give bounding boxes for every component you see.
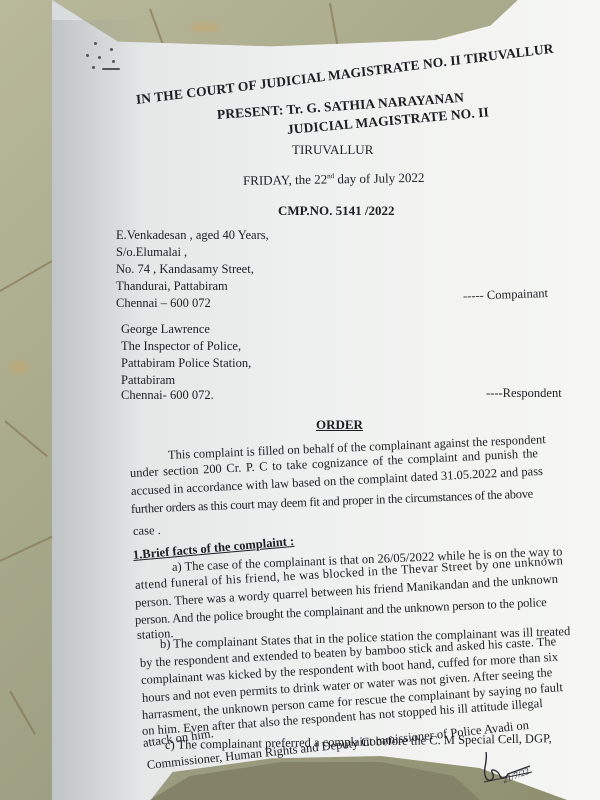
complainant-line: No. 74 , Kandasamy Street, bbox=[116, 262, 254, 277]
court-place: TIRUVALLUR bbox=[292, 142, 373, 158]
complainant-line: E.Venkadesan , aged 40 Years, bbox=[116, 228, 269, 243]
case-number: CMP.NO. 5141 /2022 bbox=[278, 203, 395, 219]
complainant-line: Chennai – 600 072 bbox=[116, 296, 211, 311]
complainant-role: ----- Compainant bbox=[463, 286, 549, 304]
respondent-line: George Lawrence bbox=[121, 322, 210, 337]
complainant-line: Thandurai, Pattabiram bbox=[116, 279, 228, 294]
order-title: ORDER bbox=[316, 417, 363, 433]
order-date-suffix: day of July 2022 bbox=[334, 170, 425, 187]
document-text: IN THE COURT OF JUDICIAL MAGISTRATE NO. … bbox=[0, 0, 600, 800]
order-date-prefix: FRIDAY, the 22 bbox=[243, 172, 327, 188]
respondent-line: The Inspector of Police, bbox=[121, 339, 241, 354]
order-date: FRIDAY, the 22nd day of July 2022 bbox=[243, 170, 425, 189]
respondent-line: Pattabiram Police Station, bbox=[121, 356, 251, 371]
respondent-line: Pattabiram bbox=[121, 373, 175, 388]
complainant-line: S/o.Elumalai , bbox=[116, 245, 187, 260]
paragraph-line: case . bbox=[133, 523, 161, 539]
respondent-line: Chennai- 600 072. bbox=[121, 388, 214, 403]
respondent-role: ----Respondent bbox=[486, 386, 562, 401]
